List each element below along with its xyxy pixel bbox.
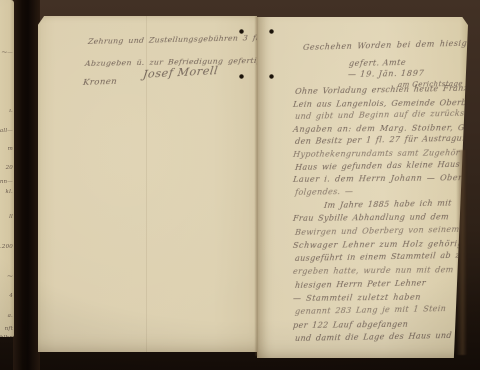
ink-fragment: m — [8, 146, 13, 152]
left-page: Zehrung und Zustellungsgebühren 3 fl. Ab… — [38, 16, 257, 352]
handwriting-line: genannt 283 Lang je mit 1 Stein — [294, 302, 466, 319]
ink-fragment: ı. — [9, 108, 13, 114]
ink-fragment: ⁓ — [7, 274, 13, 280]
header-line: Geschehen Worden bei dem hiesigen — [303, 38, 479, 52]
ink-fragment: 4 — [9, 293, 13, 299]
header-line: gefert. Amte — [349, 58, 407, 68]
binding-dot — [269, 29, 274, 34]
previous-page-edge: ⁓—ı.all—m20nn—kl.ll1.200⁓4a.nftthlbn — [0, 0, 14, 337]
book-spine — [13, 0, 40, 370]
paragraph-first: Ohne Vorladung erschien heute Franz Nowa… — [293, 86, 465, 199]
ink-fragment: 20 — [6, 165, 13, 171]
handwriting-line: und damit die Lage des Haus und Baum — [294, 329, 466, 346]
header-date-line: — 19. Jän. 1897 — [348, 69, 425, 79]
binding-dot — [239, 29, 244, 34]
scan-background: ⁓—ı.all—m20nn—kl.ll1.200⁓4a.nftthlbn Zeh… — [0, 0, 480, 370]
ink-fragment: ll — [9, 214, 13, 220]
underlying-page-edges — [456, 150, 467, 355]
ink-fragment: ⁓— — [2, 50, 13, 56]
ink-fragment: all— — [0, 128, 13, 134]
ink-fragment: a. — [8, 313, 13, 319]
binding-dot — [239, 74, 244, 79]
right-page: Geschehen Worden bei dem hiesigen gefert… — [257, 17, 468, 358]
ink-fragment: nn— — [0, 179, 13, 185]
handwriting-line: Ohne Vorladung erschien heute Franz Nowa… — [294, 83, 466, 99]
handwriting-line: Kronen — [82, 77, 117, 88]
handwriting-line: Bewirgen und Oberberg von seinem — [294, 222, 466, 239]
binding-dot — [269, 74, 274, 79]
handwriting-line: und gibt und Beginn auf die zurückstehen… — [294, 108, 466, 124]
ink-fragment: nft — [5, 326, 13, 332]
gutter-crease — [255, 16, 258, 356]
ink-fragment: kl. — [6, 189, 13, 195]
handwriting-line: Zehrung und Zustellungsgebühren 3 fl. — [88, 33, 262, 46]
ink-fragment: 1.200 — [0, 244, 13, 250]
paragraph-second: Im Jahre 1885 habe ich mitFrau Sybille A… — [293, 199, 465, 345]
signature: Josef Morell — [142, 64, 219, 81]
ink-fragment: thlbn — [0, 335, 13, 337]
